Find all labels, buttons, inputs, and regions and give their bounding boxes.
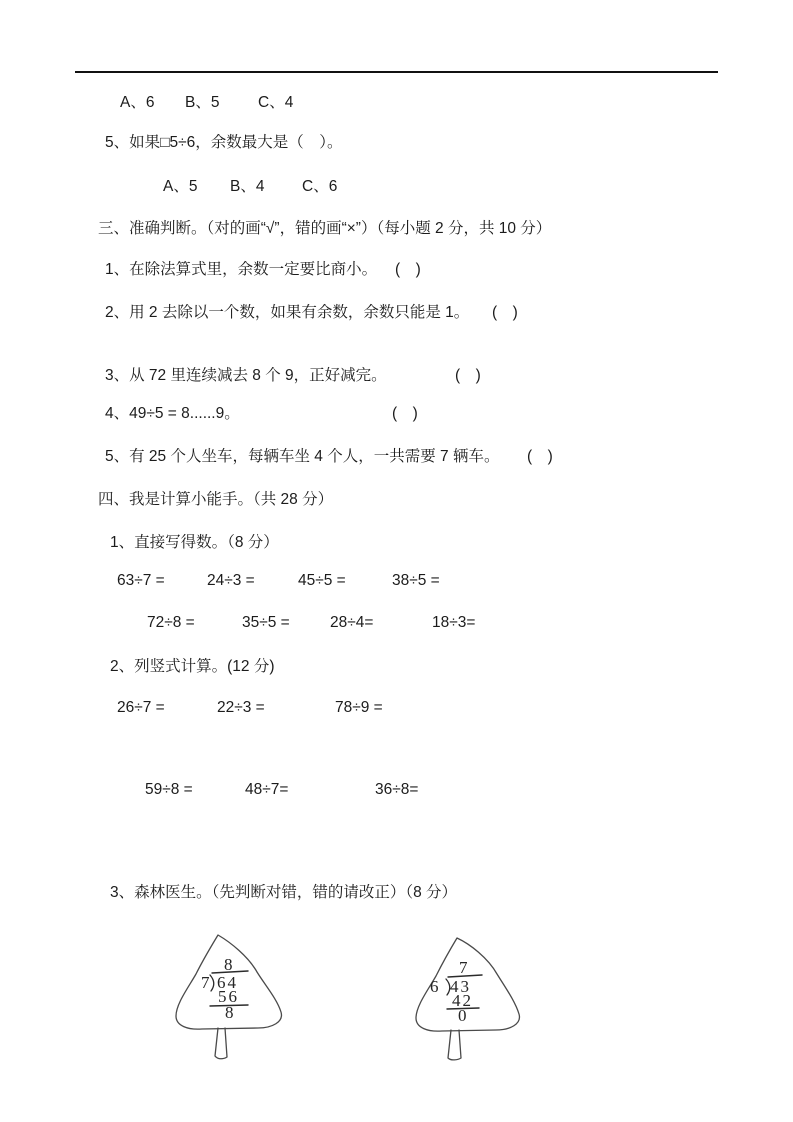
answer-bracket-4: ( ) [392,404,418,424]
division-expression: 72÷8 = [147,613,195,633]
division-expression: 18÷3= [432,613,475,633]
choice-option: C、4 [258,93,293,113]
choice-option: C、6 [302,177,337,197]
remainder-digit: 8 [225,1003,234,1022]
section3-title: 三、准确判断。（对的画“√”，错的画“×”）（每小题 2 分，共 10 分） [98,219,551,239]
judge-item-2: 2、用 2 去除以一个数，如果有余数，余数只能是 1。 [105,303,469,323]
division-expression: 48÷7= [245,780,288,800]
tree-trunk [215,1028,227,1059]
division-expression: 35÷5 = [242,613,290,633]
choice-option: A、6 [120,93,154,113]
judge-item-5: 5、有 25 个人坐车，每辆车坐 4 个人，一共需要 7 辆车。 [105,447,499,467]
answer-bracket-5: ( ) [527,447,553,467]
choice-option: B、5 [185,93,219,113]
remainder-digit: 0 [458,1006,467,1025]
choice-option: B、4 [230,177,264,197]
worksheet-page: A、6 B、5 C、4 5、如果□5÷6，余数最大是（ ）。 A、5 B、4 C… [0,0,793,1122]
choice-option: A、5 [163,177,197,197]
section4-title: 四、我是计算小能手。（共 28 分） [98,490,333,510]
judge-item-3: 3、从 72 里连续减去 8 个 9，正好减完。 [105,366,387,386]
judge-item-4: 4、49÷5 = 8......9。 [105,404,240,424]
division-bracket [210,975,214,991]
division-expression: 45÷5 = [298,571,346,591]
division-expression: 28÷4= [330,613,373,633]
divisor-digit: 7 [201,973,210,992]
tree-figure-1: 8 7 64 56 8 [160,928,300,1068]
answer-bracket-3: ( ) [455,366,481,386]
question-5-text: 5、如果□5÷6，余数最大是（ ）。 [105,133,342,153]
division-expression: 78÷9 = [335,698,383,718]
judge-item-1: 1、在除法算式里，余数一定要比商小。 [105,260,377,280]
tree-trunk [448,1030,461,1060]
answer-bracket-1: ( ) [395,260,421,280]
top-rule [75,71,718,73]
division-expression: 36÷8= [375,780,418,800]
quotient-digit: 7 [459,958,468,977]
part2-title: 2、列竖式计算。(12 分) [110,657,275,677]
division-expression: 63÷7 = [117,571,165,591]
part3-title: 3、森林医生。（先判断对错，错的请改正）（8 分） [110,883,457,903]
division-expression: 24÷3 = [207,571,255,591]
quotient-digit: 8 [224,955,233,974]
division-expression: 59÷8 = [145,780,193,800]
tree-figure-2: 7 6 43 42 0 [406,928,546,1068]
answer-bracket-2: ( ) [492,303,518,323]
division-expression: 38÷5 = [392,571,440,591]
divisor-digit: 6 [430,977,439,996]
division-expression: 22÷3 = [217,698,265,718]
division-expression: 26÷7 = [117,698,165,718]
part1-title: 1、直接写得数。（8 分） [110,533,279,553]
